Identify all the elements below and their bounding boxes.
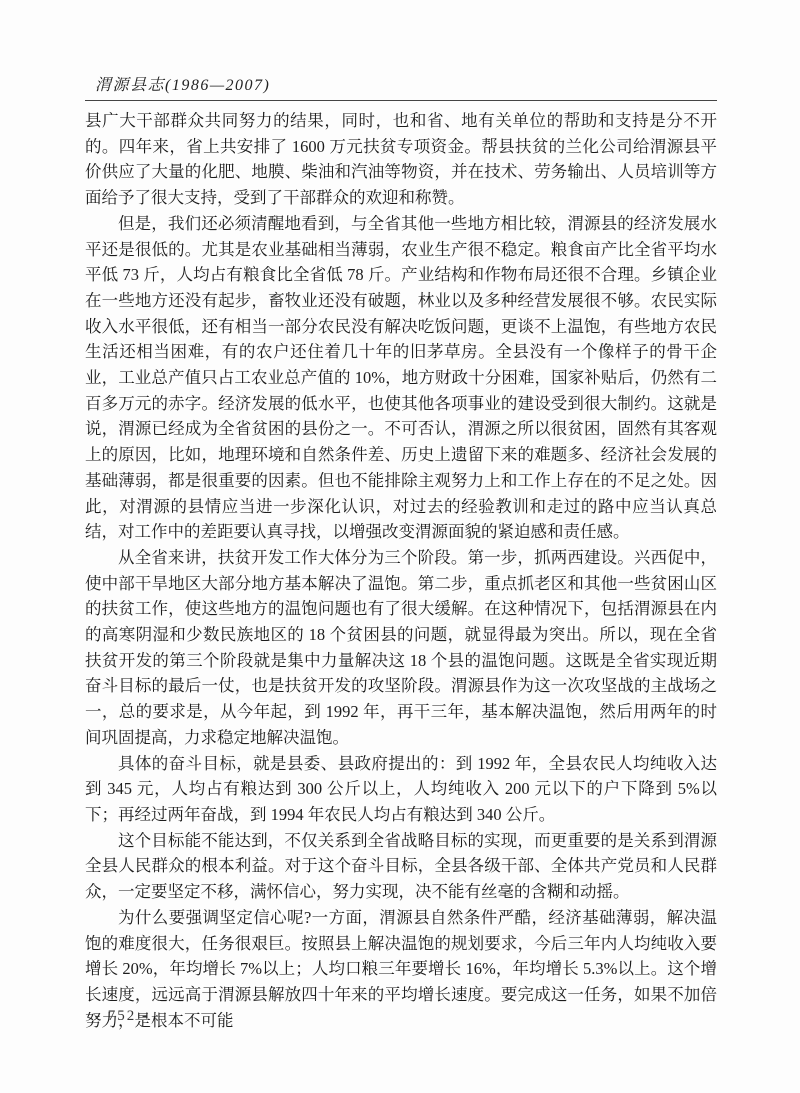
page-number: - 752 - — [95, 1008, 149, 1025]
document-page: 渭源县志(1986—2007) 县广大干部群众共同努力的结果，同时，也和省、地有… — [0, 0, 800, 1093]
book-title: 渭源县志(1986—2007) — [95, 72, 270, 95]
paragraph: 但是，我们还必须清醒地看到，与全省其他一些地方相比较，渭源县的经济发展水平还是很… — [85, 211, 717, 545]
paragraph: 具体的奋斗目标，就是县委、县政府提出的：到 1992 年，全县农民人均纯收入达到… — [85, 751, 717, 828]
paragraph: 为什么要强调坚定信心呢?一方面，渭源县自然条件严酷，经济基础薄弱，解决温饱的难度… — [85, 905, 717, 1034]
page-header: 渭源县志(1986—2007) — [85, 72, 717, 101]
page-body: 县广大干部群众共同努力的结果，同时，也和省、地有关单位的帮助和支持是分不开的。四… — [85, 108, 717, 1033]
header-divider — [85, 100, 717, 101]
paragraph: 从全省来讲，扶贫开发工作大体分为三个阶段。第一步，抓两西建设。兴西促中，使中部干… — [85, 545, 717, 751]
paragraph-continuation: 县广大干部群众共同努力的结果，同时，也和省、地有关单位的帮助和支持是分不开的。四… — [85, 108, 717, 211]
paragraph: 这个目标能不能达到，不仅关系到全省战略目标的实现，而更重要的是关系到渭源全县人民… — [85, 828, 717, 905]
